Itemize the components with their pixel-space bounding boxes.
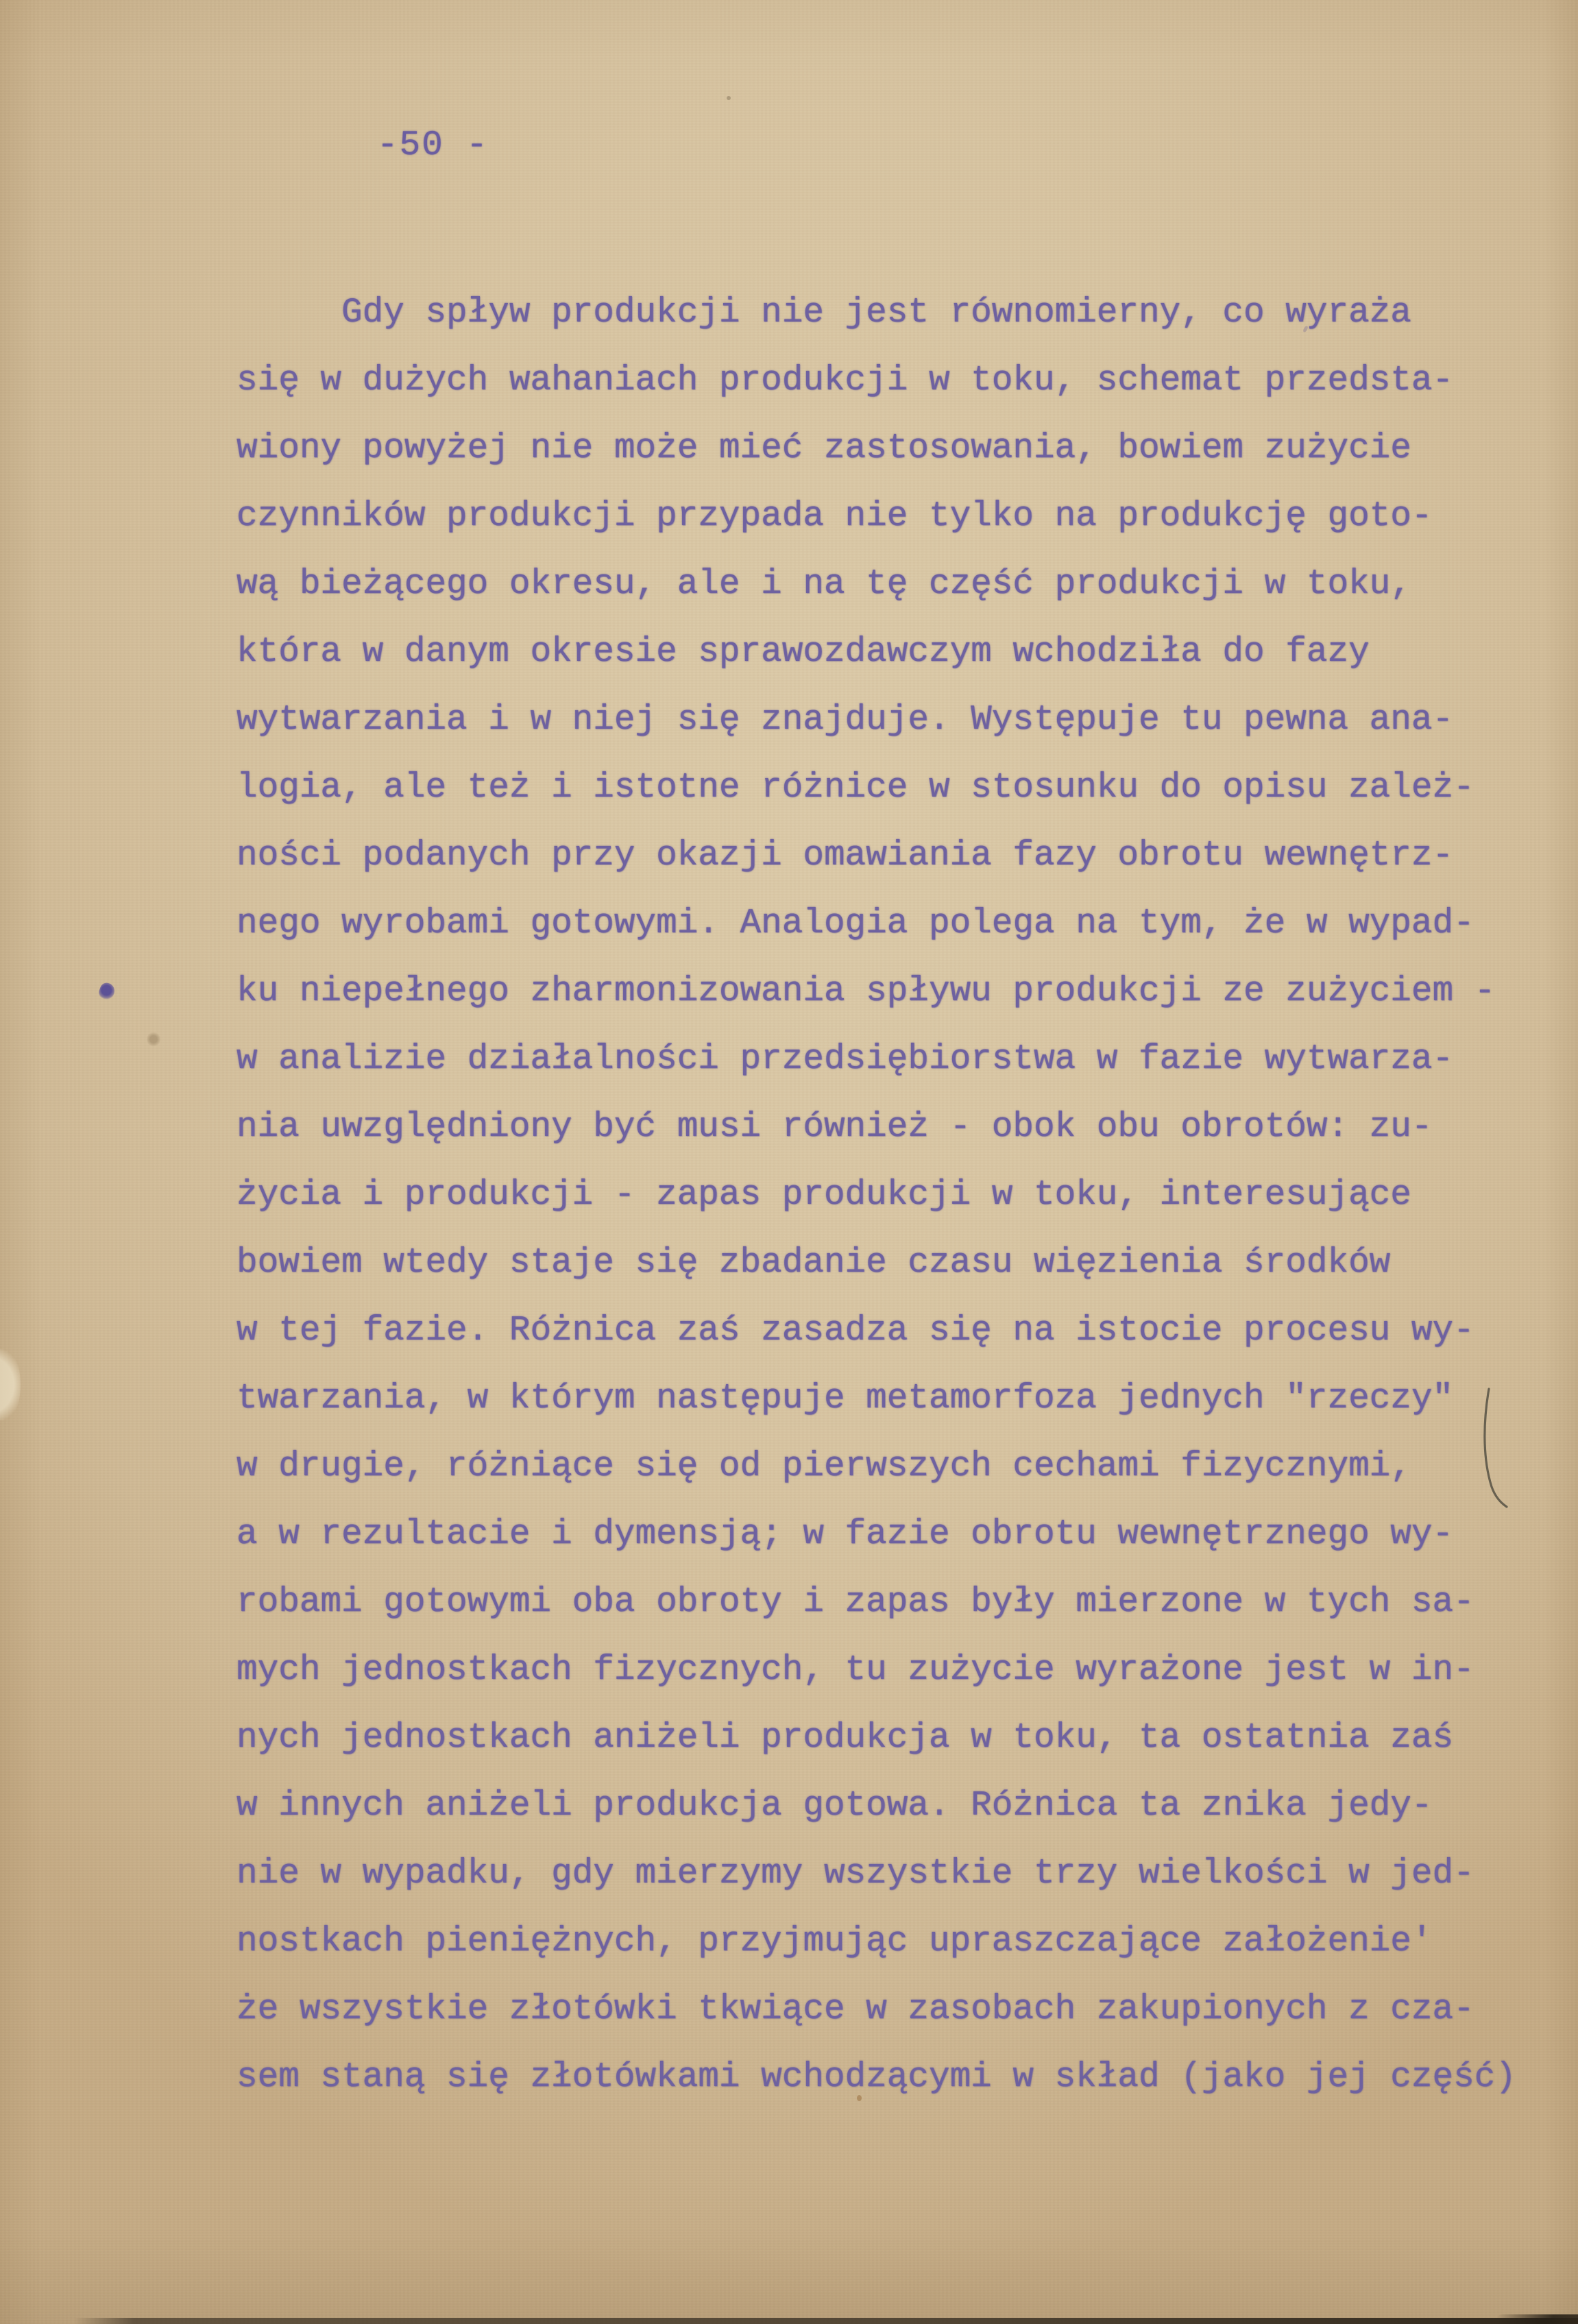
- ink-blot: [97, 981, 117, 1002]
- paper-speck: [727, 96, 731, 100]
- document-page: -50 - Gdy spływ produkcji nie jest równo…: [0, 0, 1578, 2324]
- pen-mark: [1474, 1378, 1515, 1515]
- torn-edge-notch: [0, 1349, 21, 1420]
- paper-speck: [857, 2095, 862, 2101]
- page-number: -50 -: [377, 112, 489, 180]
- paper-speck: [147, 1032, 160, 1047]
- body-text: Gdy spływ produkcji nie jest równomierny…: [236, 279, 1539, 2111]
- scan-bottom-corner: [1496, 2314, 1578, 2324]
- scan-bottom-edge: [74, 2318, 1578, 2324]
